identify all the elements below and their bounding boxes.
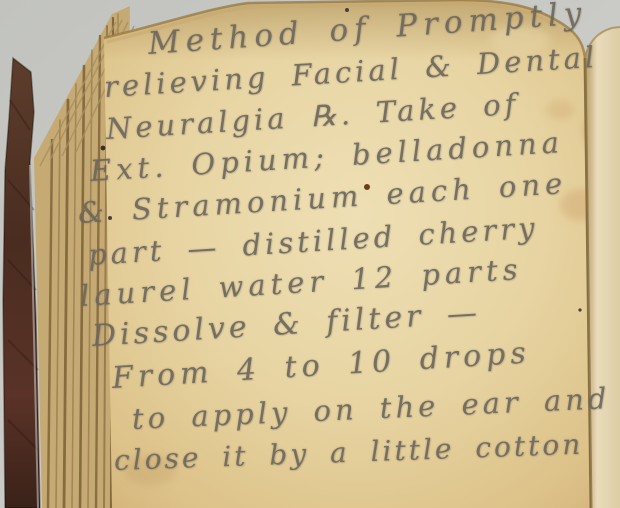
book-illustration	[0, 0, 620, 508]
notebook-page-top-shading	[104, 0, 591, 508]
notebook-photo: Method of Promptly relieving Facial & De…	[0, 0, 620, 508]
